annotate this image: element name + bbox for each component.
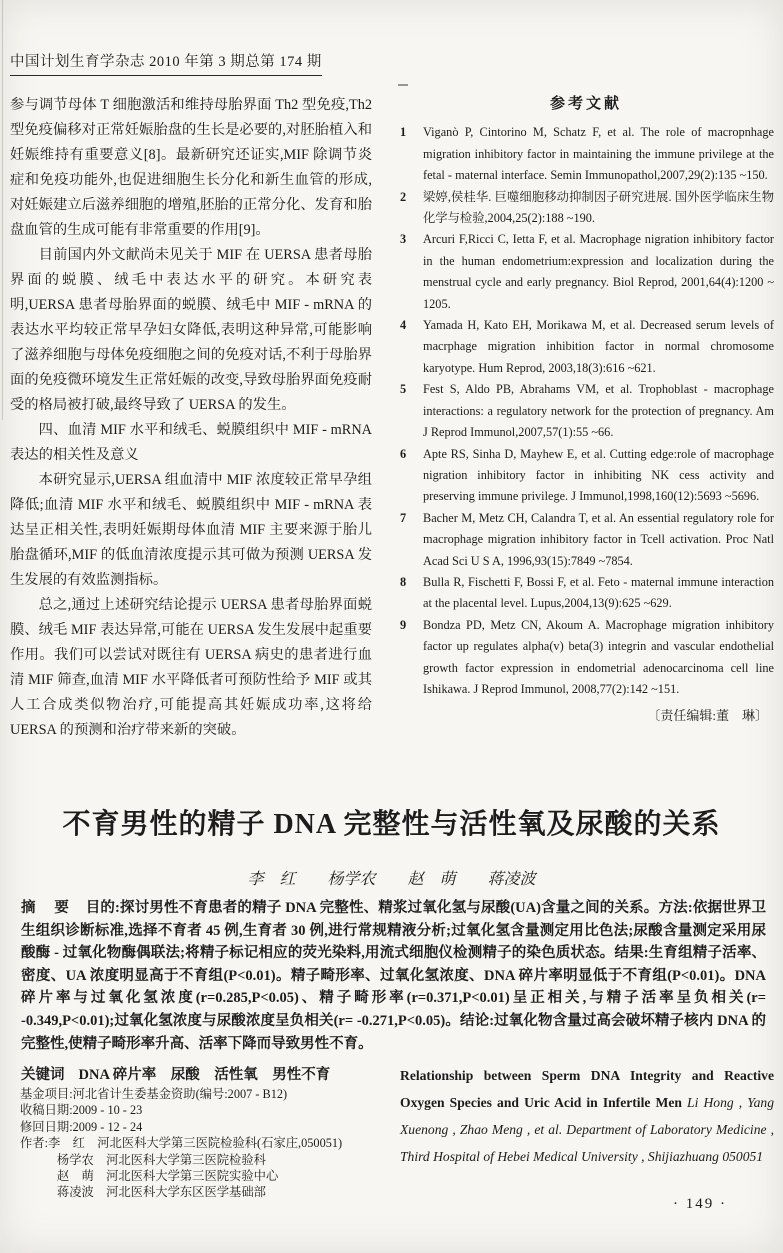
editor-note: 〔责任编辑:董 琳〕 xyxy=(398,705,774,726)
scan-artifact-dash xyxy=(398,84,408,86)
reference-item: 4 Yamada H, Kato EH, Morikawa M, et al. … xyxy=(398,315,774,379)
reference-item: 3 Arcuri F,Ricci C, Ietta F, et al. Macr… xyxy=(398,229,774,315)
abstract-paragraph: 摘 要 目的:探讨男性不育患者的精子 DNA 完整性、精浆过氧化氢与尿酸(UA)… xyxy=(21,897,766,1055)
reference-text: Bondza PD, Metz CN, Akoum A. Macrophage … xyxy=(423,618,774,696)
body-paragraph: 总之,通过上述研究结论提示 UERSA 患者母胎界面蜕膜、绒毛 MIF 表达异常… xyxy=(10,593,372,743)
reference-item: 2 梁婷,侯桂华. 巨噬细胞移动抑制因子研究进展. 国外医学临床生物化学与检验,… xyxy=(398,187,774,230)
received-date-line: 收稿日期:2009 - 10 - 23 xyxy=(20,1102,400,1118)
reference-number: 7 xyxy=(400,508,406,529)
scan-artifact-edge xyxy=(2,0,3,420)
reference-number: 1 xyxy=(400,122,406,143)
reference-number: 2 xyxy=(400,187,406,208)
journal-header: 中国计划生育学杂志 2010 年第 3 期总第 174 期 xyxy=(10,50,322,76)
abstract-block: 摘 要 目的:探讨男性不育患者的精子 DNA 完整性、精浆过氧化氢与尿酸(UA)… xyxy=(21,897,766,1087)
body-paragraph: 目前国内外文献尚未见关于 MIF 在 UERSA 患者母胎界面的蜕膜、绒毛中表达… xyxy=(10,243,372,418)
reference-number: 4 xyxy=(400,315,406,336)
abstract-label: 摘 要 xyxy=(21,900,71,916)
reference-number: 6 xyxy=(400,444,406,465)
left-column-body-text: 参与调节母体 T 细胞激活和维持母胎界面 Th2 型免疫,Th2 型免疫偏移对正… xyxy=(10,93,372,743)
section-heading-paragraph: 四、血清 MIF 水平和绒毛、蜕膜组织中 MIF - mRNA 表达的相关性及意… xyxy=(10,418,372,468)
reference-text: 梁婷,侯桂华. 巨噬细胞移动抑制因子研究进展. 国外医学临床生物化学与检验,20… xyxy=(423,190,774,225)
fund-project-line: 基金项目:河北省计生委基金资助(编号:2007 - B12) xyxy=(20,1086,400,1102)
body-paragraph: 本研究显示,UERSA 组血清中 MIF 浓度较正常早孕组降低;血清 MIF 水… xyxy=(10,468,372,593)
reference-text: Viganò P, Cintorino M, Schatz F, et al. … xyxy=(423,125,774,182)
references-heading: 参考文献 xyxy=(398,93,774,114)
keywords-text: DNA 碎片率 尿酸 活性氧 男性不育 xyxy=(79,1067,331,1083)
revised-date-line: 修回日期:2009 - 12 - 24 xyxy=(20,1119,400,1135)
reference-text: Arcuri F,Ricci C, Ietta F, et al. Macrop… xyxy=(423,232,774,310)
reference-number: 5 xyxy=(400,379,406,400)
reference-text: Apte RS, Sinha D, Mayhew E, et al. Cutti… xyxy=(423,447,774,504)
reference-item: 9 Bondza PD, Metz CN, Akoum A. Macrophag… xyxy=(398,615,774,701)
author-affiliation-line: 蒋凌波 河北医科大学东区医学基础部 xyxy=(20,1184,400,1200)
reference-number: 3 xyxy=(400,229,406,250)
english-abstract-block: Relationship between Sperm DNA Integrity… xyxy=(400,1062,774,1170)
article-authors: 李 红 杨学农 赵 萌 蒋凌波 xyxy=(0,866,783,889)
reference-item: 8 Bulla R, Fischetti F, Bossi F, et al. … xyxy=(398,572,774,615)
reference-text: Bacher M, Metz CH, Calandra T, et al. An… xyxy=(423,511,774,568)
reference-number: 9 xyxy=(400,615,406,636)
footnote-block: 基金项目:河北省计生委基金资助(编号:2007 - B12) 收稿日期:2009… xyxy=(20,1086,400,1201)
reference-item: 5 Fest S, Aldo PB, Abrahams VM, et al. T… xyxy=(398,379,774,443)
reference-item: 1 Viganò P, Cintorino M, Schatz F, et al… xyxy=(398,122,774,186)
author-affiliation-line: 杨学农 河北医科大学第三医院检验科 xyxy=(20,1152,400,1168)
reference-text: Fest S, Aldo PB, Abrahams VM, et al. Tro… xyxy=(423,382,774,439)
keywords-label: 关键词 xyxy=(21,1067,65,1083)
reference-text: Yamada H, Kato EH, Morikawa M, et al. De… xyxy=(423,318,774,375)
author-affiliation-line: 作者:李 红 河北医科大学第三医院检验科(石家庄,050051) xyxy=(20,1135,400,1151)
journal-scan-page: 中国计划生育学杂志 2010 年第 3 期总第 174 期 参与调节母体 T 细… xyxy=(0,0,783,1253)
abstract-text: 目的:探讨男性不育患者的精子 DNA 完整性、精浆过氧化氢与尿酸(UA)含量之间… xyxy=(21,900,766,1052)
references-column: 参考文献 1 Viganò P, Cintorino M, Schatz F, … xyxy=(398,93,774,727)
body-paragraph: 参与调节母体 T 细胞激活和维持母胎界面 Th2 型免疫,Th2 型免疫偏移对正… xyxy=(10,93,372,243)
page-number: · 149 · xyxy=(640,1196,760,1213)
reference-number: 8 xyxy=(400,572,406,593)
author-affiliation-line: 赵 萌 河北医科大学第三医院实验中心 xyxy=(20,1168,400,1184)
reference-item: 6 Apte RS, Sinha D, Mayhew E, et al. Cut… xyxy=(398,444,774,508)
reference-text: Bulla R, Fischetti F, Bossi F, et al. Fe… xyxy=(423,575,774,610)
article-title: 不育男性的精子 DNA 完整性与活性氧及尿酸的关系 xyxy=(0,802,783,842)
reference-item: 7 Bacher M, Metz CH, Calandra T, et al. … xyxy=(398,508,774,572)
